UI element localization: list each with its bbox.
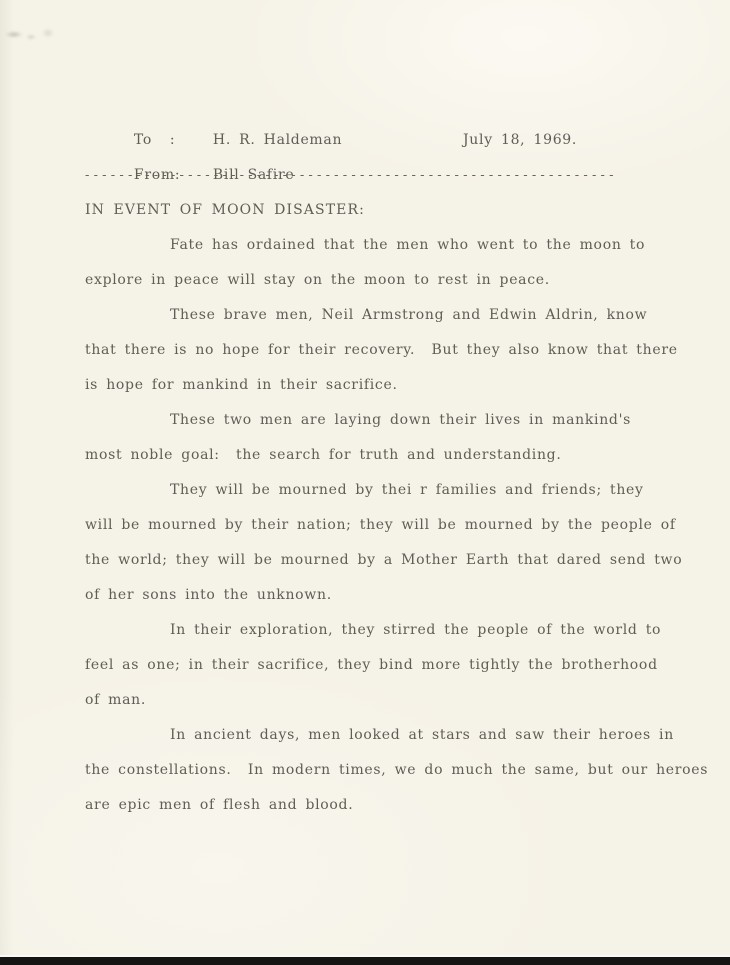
memo-date: July 18, 1969.	[463, 123, 577, 158]
paragraph-line: most noble goal: the search for truth an…	[85, 438, 685, 473]
paragraph-line: of her sons into the unknown.	[85, 578, 685, 613]
from-value: Bill Safire	[213, 167, 294, 183]
paragraph-line: of man.	[85, 683, 685, 718]
paragraph-line: These two men are laying down their live…	[85, 403, 685, 438]
paragraph-line: explore in peace will stay on the moon t…	[85, 263, 685, 298]
memo-page: To:H. R. Haldeman From:Bill Safire July …	[0, 0, 730, 965]
memo-subject: IN EVENT OF MOON DISASTER:	[85, 193, 685, 228]
scan-edge-bar	[0, 955, 730, 965]
memo-to-row: To:H. R. Haldeman	[85, 88, 685, 123]
paragraph-line: In ancient days, men looked at stars and…	[85, 718, 685, 753]
memo-from-row: From:Bill Safire July 18, 1969.	[85, 123, 685, 158]
memo-content: To:H. R. Haldeman From:Bill Safire July …	[85, 88, 685, 823]
paragraph-line: These brave men, Neil Armstrong and Edwi…	[85, 298, 685, 333]
pencil-smudge	[5, 31, 23, 38]
paragraph-line: will be mourned by their nation; they wi…	[85, 508, 685, 543]
paragraph-line: feel as one; in their sacrifice, they bi…	[85, 648, 685, 683]
paragraph-line: In their exploration, they stirred the p…	[85, 613, 685, 648]
paragraph-line: They will be mourned by thei r families …	[85, 473, 685, 508]
from-label: From:	[134, 158, 213, 193]
pencil-smudge	[42, 28, 54, 38]
paragraph-line: is hope for mankind in their sacrifice.	[85, 368, 685, 403]
paragraph-line: that there is no hope for their recovery…	[85, 333, 685, 368]
paragraph-line: the world; they will be mourned by a Mot…	[85, 543, 685, 578]
paragraph-line: the constellations. In modern times, we …	[85, 753, 685, 788]
pencil-smudge	[26, 34, 36, 40]
paragraph-line: are epic men of flesh and blood.	[85, 788, 685, 823]
paragraph-line: Fate has ordained that the men who went …	[85, 228, 685, 263]
